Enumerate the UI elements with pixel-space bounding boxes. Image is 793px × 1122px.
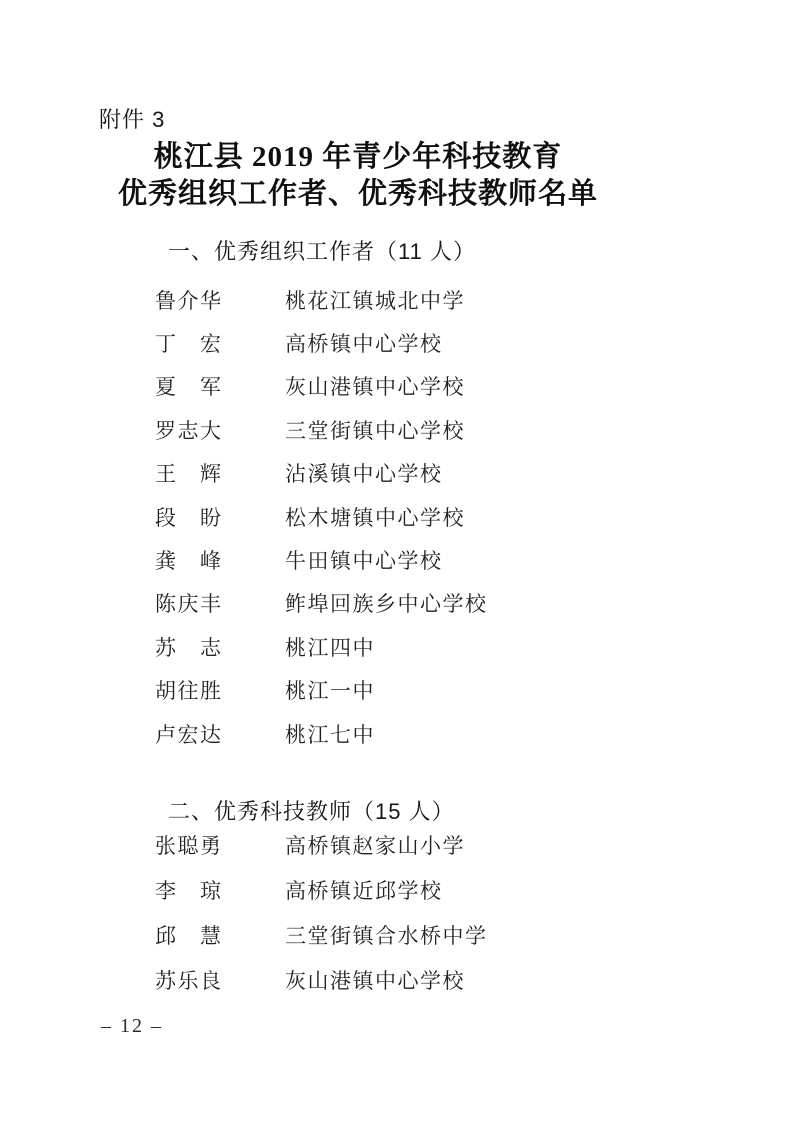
roster-row: 张聪勇 高桥镇赵家山小学: [155, 822, 488, 867]
school-name: 牛田镇中心学校: [285, 545, 443, 575]
page-number: – 12 –: [101, 1012, 163, 1040]
roster-row: 胡往胜 桃江一中: [155, 669, 488, 712]
person-name: 龚 峰: [155, 545, 285, 575]
document-title: 桃江县 2019 年青少年科技教育 优秀组织工作者、优秀科技教师名单: [38, 139, 678, 213]
school-name: 桃花江镇城北中学: [285, 285, 465, 315]
school-name: 鲊埠回族乡中心学校: [285, 588, 488, 618]
school-name: 三堂街镇合水桥中学: [285, 920, 488, 950]
person-name: 罗志大: [155, 415, 285, 445]
roster-row: 邱 慧 三堂街镇合水桥中学: [155, 912, 488, 957]
person-name: 段 盼: [155, 502, 285, 532]
school-name: 沾溪镇中心学校: [285, 458, 443, 488]
school-name: 灰山港镇中心学校: [285, 371, 465, 401]
person-name: 夏 军: [155, 371, 285, 401]
roster-row: 罗志大 三堂街镇中心学校: [155, 408, 488, 451]
person-name: 丁 宏: [155, 328, 285, 358]
roster-row: 鲁介华 桃花江镇城北中学: [155, 278, 488, 321]
attachment-label: 附件 3: [99, 109, 165, 131]
roster-row: 苏 志 桃江四中: [155, 625, 488, 668]
title-line-2: 优秀组织工作者、优秀科技教师名单: [38, 176, 678, 213]
person-name: 胡往胜: [155, 675, 285, 705]
roster-row: 夏 军 灰山港镇中心学校: [155, 365, 488, 408]
roster-list: 鲁介华 桃花江镇城北中学 丁 宏 高桥镇中心学校 夏 军 灰山港镇中心学校 罗志…: [155, 278, 488, 755]
school-name: 三堂街镇中心学校: [285, 415, 465, 445]
title-line-1: 桃江县 2019 年青少年科技教育: [38, 139, 678, 176]
school-name: 桃江七中: [285, 719, 375, 749]
document-page: 附件 3 桃江县 2019 年青少年科技教育 优秀组织工作者、优秀科技教师名单 …: [0, 0, 793, 1122]
roster-row: 卢宏达 桃江七中: [155, 712, 488, 755]
roster-row: 苏乐良 灰山港镇中心学校: [155, 957, 488, 1002]
person-name: 苏 志: [155, 632, 285, 662]
school-name: 桃江四中: [285, 632, 375, 662]
school-name: 桃江一中: [285, 675, 375, 705]
roster-row: 王 辉 沾溪镇中心学校: [155, 452, 488, 495]
school-name: 高桥镇中心学校: [285, 328, 443, 358]
person-name: 张聪勇: [155, 830, 285, 860]
school-name: 高桥镇近邱学校: [285, 875, 443, 905]
roster-row: 段 盼 松木塘镇中心学校: [155, 495, 488, 538]
roster-list: 张聪勇 高桥镇赵家山小学 李 琼 高桥镇近邱学校 邱 慧 三堂街镇合水桥中学 苏…: [155, 822, 488, 1002]
person-name: 邱 慧: [155, 920, 285, 950]
person-name: 鲁介华: [155, 285, 285, 315]
school-name: 高桥镇赵家山小学: [285, 830, 465, 860]
roster-row: 丁 宏 高桥镇中心学校: [155, 321, 488, 364]
school-name: 松木塘镇中心学校: [285, 502, 465, 532]
person-name: 苏乐良: [155, 965, 285, 995]
person-name: 陈庆丰: [155, 588, 285, 618]
roster-row: 龚 峰 牛田镇中心学校: [155, 538, 488, 581]
roster-row: 李 琼 高桥镇近邱学校: [155, 867, 488, 912]
person-name: 王 辉: [155, 458, 285, 488]
person-name: 李 琼: [155, 875, 285, 905]
person-name: 卢宏达: [155, 719, 285, 749]
roster-row: 陈庆丰 鲊埠回族乡中心学校: [155, 582, 488, 625]
school-name: 灰山港镇中心学校: [285, 965, 465, 995]
section-heading: 一、优秀组织工作者（11 人）: [168, 239, 476, 265]
